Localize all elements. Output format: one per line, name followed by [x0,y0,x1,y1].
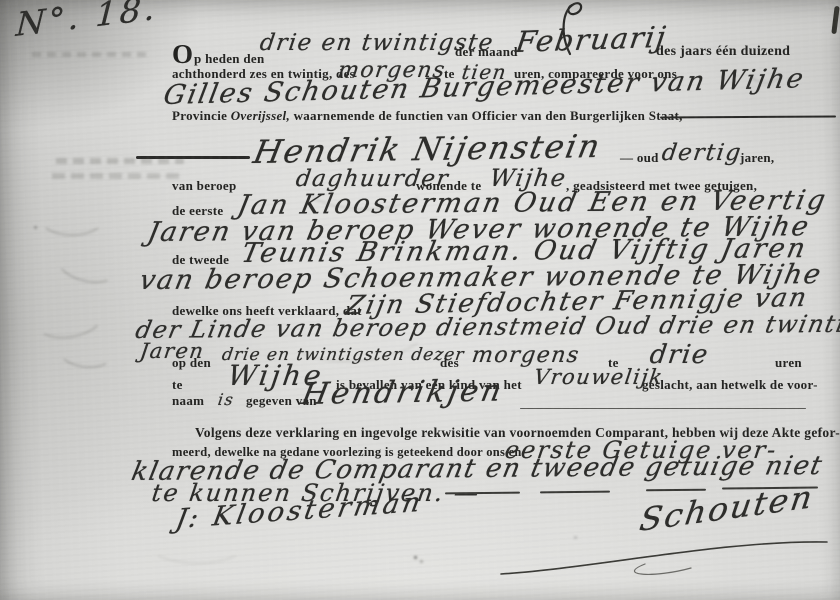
entry-child-name: Hendrikjen [299,376,507,410]
form-text: — oud [620,150,659,166]
entry-declarant-name: Hendrik Nijenstein [251,130,604,168]
form-text: op den [172,355,211,371]
ink-bleedthrough [150,530,244,564]
form-text: waarnemende de functien van Officier van… [294,108,683,123]
ink-bleedthrough [53,241,121,289]
form-text-italic: Overijssel, [231,108,290,123]
form-text: jaren, [740,150,774,166]
entry-is: is [217,392,236,408]
form-text: van beroep [172,178,237,194]
form-text: Provincie [172,108,227,123]
filler-dash [540,491,610,493]
act-number: N°. 18. [15,0,159,41]
form-text: geslacht, aan hetwelk de voor- [642,377,818,393]
ink-bleedthrough [31,295,106,343]
form-text: uren [775,355,802,371]
filler-rule [520,408,806,409]
ink-bleedthrough [52,173,184,179]
entry-month: Februarij [514,23,669,57]
entry-mother-cont: der Linde van beroep dienstmeid Oud drie… [134,312,840,342]
filler-rule [136,156,250,159]
ink-speck [414,556,417,559]
ink-bleedthrough [56,333,115,371]
filler-dash [646,489,706,491]
filler-dash [445,492,520,494]
ink-bleedthrough [56,158,184,164]
form-text: te [172,377,183,393]
document-scan: N°. 18. Op heden den drie en twintigste … [0,0,840,600]
filler-rule [660,116,836,119]
form-text: naam [172,393,204,409]
signature-swash [495,528,835,580]
form-text: der maand [455,44,518,60]
form-text: des jaars één duizend [656,44,790,61]
entry-declarant-age: dertig [660,142,743,165]
entry-birth-daypart: morgens [470,345,581,367]
form-text: des [440,355,459,371]
page-edge-mark [831,6,839,34]
ink-bleedthrough [32,52,150,57]
ink-bleedthrough [38,198,106,236]
form-text: Provincie Overijssel, waarnemende de fun… [172,108,683,124]
